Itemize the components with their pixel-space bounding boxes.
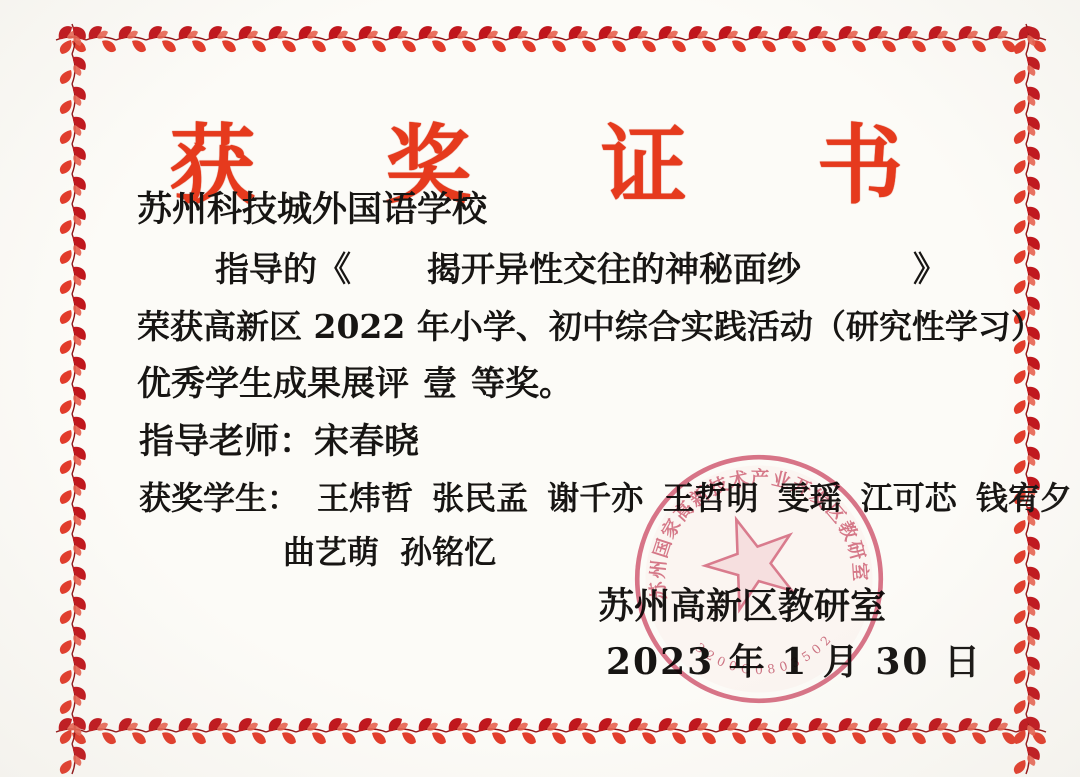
award-description-line: 荣获高新区 2022 年小学、初中综合实践活动（研究性学习） xyxy=(137,306,1044,347)
award-prefix: 优秀学生成果展评 xyxy=(137,364,409,404)
students-label: 获奖学生： xyxy=(139,479,299,517)
award-grade: 壹 xyxy=(423,364,457,404)
border-top-vine xyxy=(56,24,1024,54)
project-title-line: 指导的《揭开异性交往的神秘面纱》 xyxy=(215,249,947,292)
award-grade-line: 优秀学生成果展评壹等奖。 xyxy=(137,363,573,406)
border-bottom-vine xyxy=(56,716,1024,746)
teacher-line: 指导老师：宋春晓 xyxy=(139,420,419,464)
issue-date: 2023 年 1 月 30 日 xyxy=(606,640,982,685)
school-name-line: 苏州科技城外国语学校 xyxy=(137,188,487,232)
guide-prefix: 指导的《 xyxy=(215,250,351,290)
students-row1: 王炜哲 张民孟 谢千亦 王哲明 雯瑶 江可芯 钱宥夕 xyxy=(317,479,1072,517)
students-line: 获奖学生：王炜哲 张民孟 谢千亦 王哲明 雯瑶 江可芯 钱宥夕 xyxy=(139,478,1072,518)
award-suffix: 等奖。 xyxy=(471,364,573,404)
teacher-label: 指导老师： xyxy=(139,421,314,462)
project-title: 揭开异性交往的神秘面纱 xyxy=(427,250,801,290)
issuer-name: 苏州高新区教研室 xyxy=(598,584,886,629)
teacher-name: 宋春晓 xyxy=(314,421,419,462)
certificate-page: 获 奖 证 书 苏州科技城外国语学校 指导的《揭开异性交往的神秘面纱》 荣获高新… xyxy=(0,0,1080,777)
guide-suffix: 》 xyxy=(913,250,947,290)
students-line-2: 曲艺萌 孙铭忆 xyxy=(283,532,496,572)
